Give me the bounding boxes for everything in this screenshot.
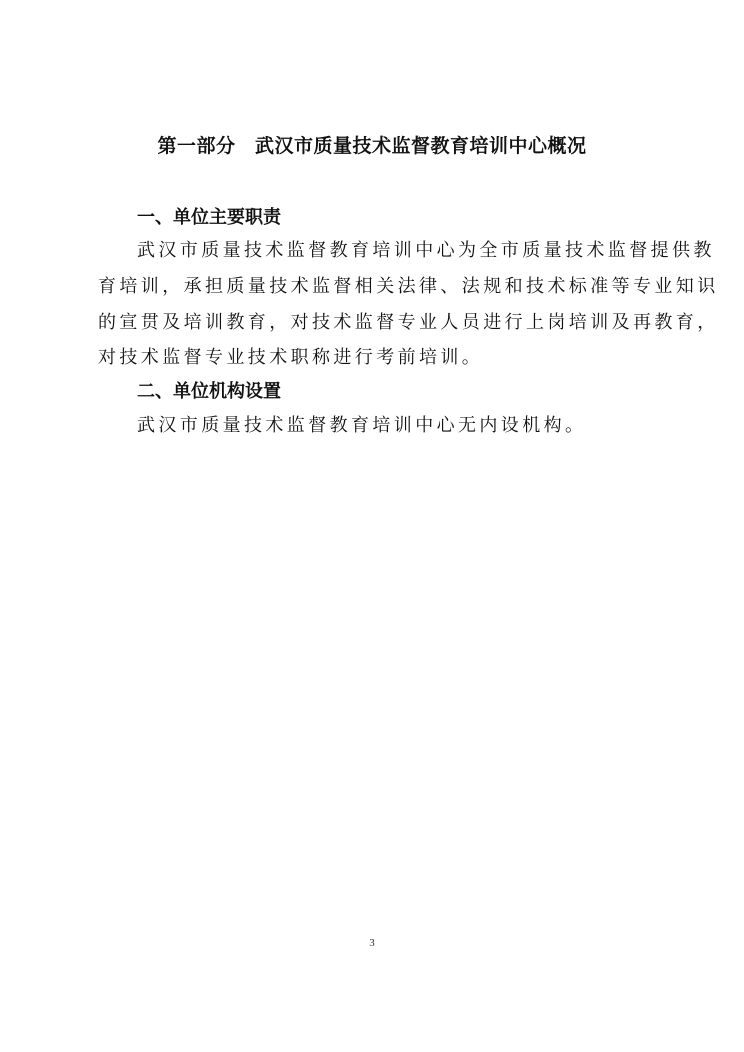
section-heading-responsibilities: 一、单位主要职责 <box>137 203 281 229</box>
paragraph-line: 对技术监督专业技术职称进行考前培训。 <box>98 343 483 369</box>
page-title: 第一部分 武汉市质量技术监督教育培训中心概况 <box>0 131 744 158</box>
paragraph-line: 的宣贯及培训教育，对技术监督专业人员进行上岗培训及再教育， <box>98 308 719 334</box>
section-heading-organization: 二、单位机构设置 <box>137 377 281 403</box>
paragraph-line: 育培训，承担质量技术监督相关法律、法规和技术标准等专业知识 <box>98 272 719 298</box>
paragraph-line: 武汉市质量技术监督教育培训中心为全市质量技术监督提供教 <box>137 236 715 262</box>
page-number: 3 <box>0 937 744 949</box>
paragraph-line: 武汉市质量技术监督教育培训中心无内设机构。 <box>137 411 586 437</box>
